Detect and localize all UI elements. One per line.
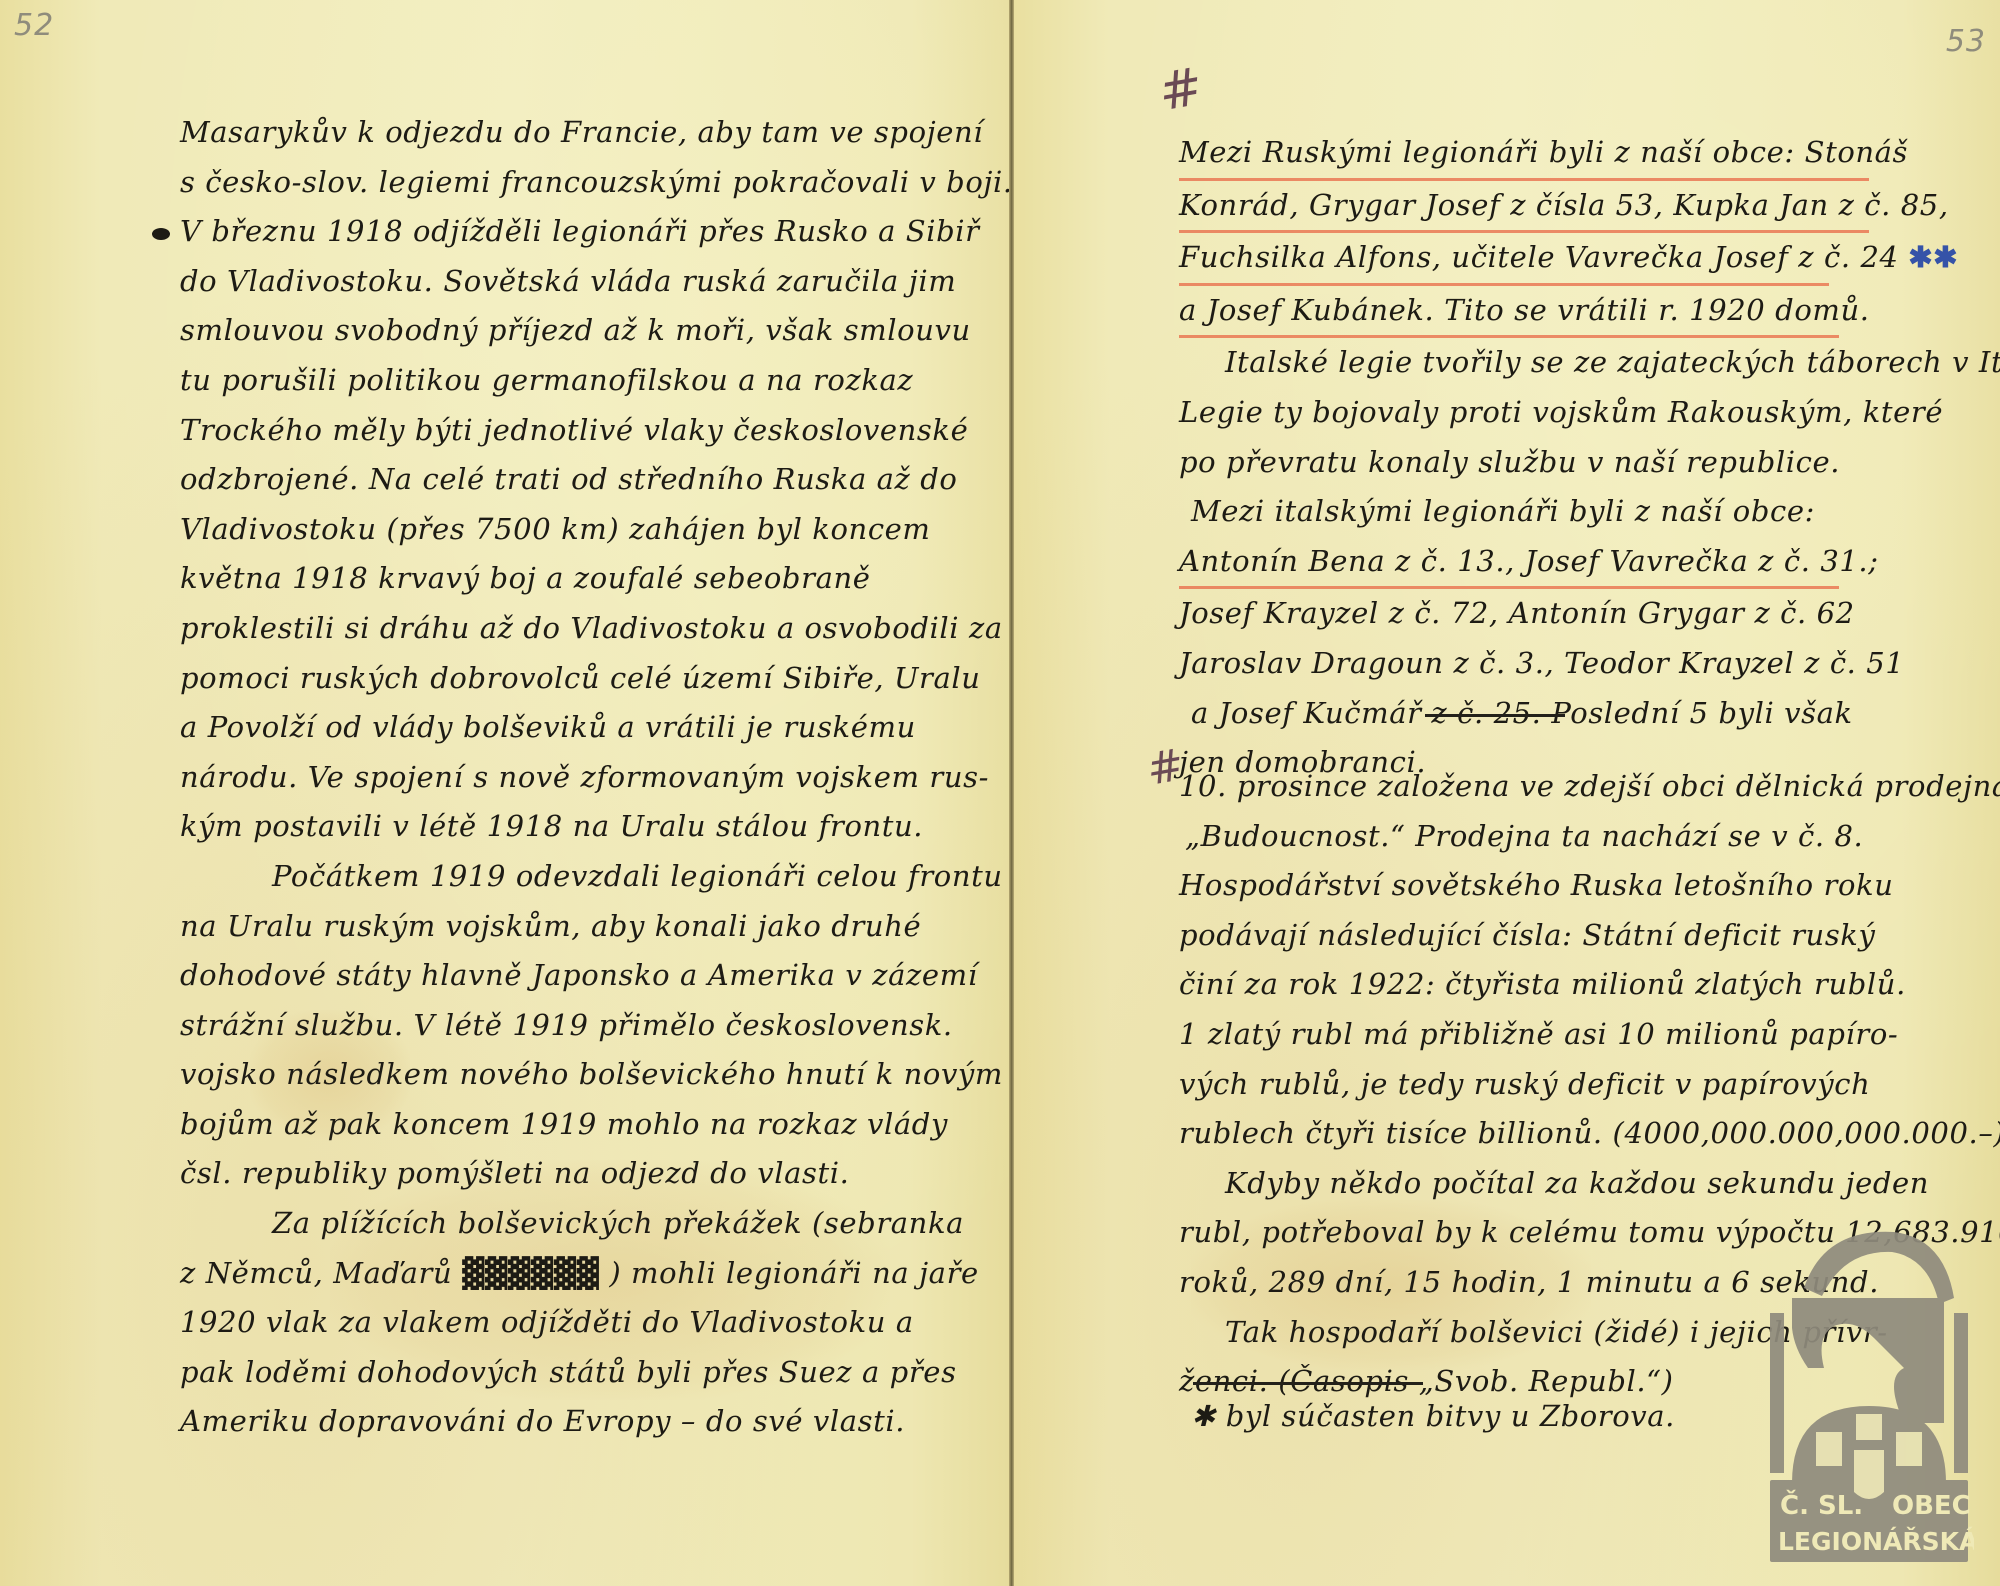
ink-blot-bullet [152, 228, 170, 240]
text-line: vojsko následkem nového bolševického hnu… [180, 1050, 1013, 1100]
text-line: Legie ty bojovaly proti vojskům Rakouský… [1179, 388, 2000, 438]
text-line: a Povolží od vlády bolševiků a vrátili j… [180, 703, 1013, 753]
text-line-underlined: Fuchsilka Alfons, učitele Vavrečka Josef… [1179, 233, 1829, 286]
text-line-underlined: Antonín Bena z č. 13., Josef Vavrečka z … [1179, 537, 1839, 590]
text-line-underlined: Mezi Ruskými legionáři byli z naší obce:… [1179, 128, 1869, 181]
text-line: Italské legie tvořily se ze zajateckých … [1179, 338, 2000, 388]
text-line: „Budoucnost.“ Prodejna ta nachází se v č… [1179, 812, 2000, 862]
legion-logo-watermark: Č. SL. OBEC LEGIONÁŘSKÁ [1764, 1218, 1974, 1568]
logo-text-csl: Č. SL. [1780, 1489, 1863, 1521]
logo-text-legionarska: LEGIONÁŘSKÁ [1778, 1527, 1974, 1556]
text-line: Masarykův k odjezdu do Francie, aby tam … [180, 108, 1013, 158]
text-line: vých rublů, je tedy ruský deficit v papí… [1179, 1060, 2000, 1110]
logo-text-obec: OBEC [1892, 1491, 1971, 1521]
text-line: pomoci ruských dobrovolců celé území Sib… [180, 654, 1013, 704]
left-page-text: Masarykův k odjezdu do Francie, aby tam … [180, 108, 1013, 1447]
text-line: národu. Ve spojení s nově zformovaným vo… [180, 753, 1013, 803]
text-line: pak loděmi dohodových států byli přes Su… [180, 1348, 1013, 1398]
text-line: Mezi italskými legionáři byli z naší obc… [1179, 487, 2000, 537]
text-line: do Vladivostoku. Sovětská vláda ruská za… [180, 257, 1013, 307]
page-number-left: 52 [14, 8, 54, 43]
text-line: dohodové státy hlavně Japonsko a Amerika… [180, 951, 1013, 1001]
text-line: Počátkem 1919 odevzdali legionáři celou … [180, 852, 1013, 902]
text-line: s česko-slov. legiemi francouzskými pokr… [180, 158, 1013, 208]
text-line: podávají následující čísla: Státní defic… [1179, 911, 2000, 961]
text-line: čsl. republiky pomýšleti na odjezd do vl… [180, 1149, 1013, 1199]
text-line: po převratu konaly službu v naší republi… [1179, 438, 2000, 488]
book-gutter [1009, 0, 1014, 1586]
margin-hash-mark: # [1154, 57, 1207, 124]
text-line: Jaroslav Dragoun z č. 3., Teodor Krayzel… [1179, 639, 2000, 689]
text-line: Vladivostoku (přes 7500 km) zahájen byl … [180, 505, 1013, 555]
text-line: činí za rok 1922: čtyřista milionů zlatý… [1179, 960, 2000, 1010]
text-line: strážní službu. V létě 1919 přimělo česk… [180, 1001, 1013, 1051]
text-line: kým postavili v létě 1918 na Uralu stálo… [180, 802, 1013, 852]
text-line: Hospodářství sovětského Ruska letošního … [1179, 861, 2000, 911]
text-line: Trockého měly býti jednotlivé vlaky česk… [180, 406, 1013, 456]
asterisk-icon: ✱✱ [1908, 240, 1958, 274]
text-line: tu porušili politikou germanofilskou a n… [180, 356, 1013, 406]
text-line: Kdyby někdo počítal za každou sekundu je… [1179, 1159, 2000, 1209]
text-line: a Josef Kučmář z č. 25. Poslední 5 byli … [1179, 689, 2000, 739]
text-line: smlouvou svobodný příjezd až k moři, vša… [180, 306, 1013, 356]
footnote: ✱ byl súčasten bitvy u Zborova. [1191, 1392, 1675, 1440]
right-page-text: Mezi Ruskými legionáři byli z naší obce:… [1179, 128, 2000, 788]
text-line: V březnu 1918 odjížděli legionáři přes R… [180, 207, 1013, 257]
text-line: 1 zlatý rubl má přibližně asi 10 milionů… [1179, 1010, 2000, 1060]
text-line: Ameriku dopravováni do Evropy – do své v… [180, 1397, 1013, 1447]
text-line-underlined: a Josef Kubánek. Tito se vrátili r. 1920… [1179, 286, 1839, 339]
text-line: na Uralu ruským vojskům, aby konali jako… [180, 902, 1013, 952]
text-line: 1920 vlak za vlakem odjížděti do Vladivo… [180, 1298, 1013, 1348]
text-line: Fuchsilka Alfons, učitele Vavrečka Josef… [1179, 240, 1899, 274]
text-line: Josef Krayzel z č. 72, Antonín Grygar z … [1179, 589, 2000, 639]
text-line: Za plížících bolševických překážek (sebr… [180, 1199, 1013, 1249]
page-number-right: 53 [1946, 24, 1986, 59]
text-line: května 1918 krvavý boj a zoufalé sebeobr… [180, 554, 1013, 604]
text-line: rublech čtyři tisíce billionů. (4000,000… [1179, 1109, 2000, 1159]
text-line: proklestili si dráhu až do Vladivostoku … [180, 604, 1013, 654]
text-line-underlined: Konrád, Grygar Josef z čísla 53, Kupka J… [1179, 181, 1869, 234]
footnote-divider [1193, 1382, 1423, 1385]
text-line: odzbrojené. Na celé trati od středního R… [180, 455, 1013, 505]
document-spread: 52 Masarykův k odjezdu do Francie, aby t… [0, 0, 2000, 1586]
text-line: bojům až pak koncem 1919 mohlo na rozkaz… [180, 1100, 1013, 1150]
text-line: 10. prosince založena ve zdejší obci děl… [1179, 762, 2000, 812]
section-divider [1425, 714, 1565, 717]
right-page: 53 # # Mezi Ruskými legionáři byli z naš… [1011, 0, 2000, 1586]
left-page: 52 Masarykův k odjezdu do Francie, aby t… [0, 0, 1011, 1586]
text-line: z Němců, Maďarů ▓▓▓▓▓▓ ) mohli legionáři… [180, 1249, 1013, 1299]
